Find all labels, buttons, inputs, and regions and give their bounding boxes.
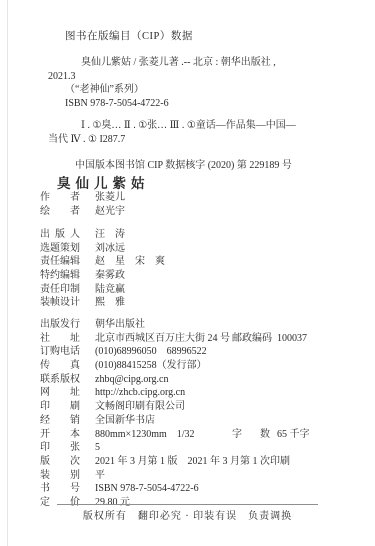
field-label: 特约编辑 [40, 269, 80, 283]
cip-number-line: 中国版本图书馆 CIP 数据核字 (2020) 第 229189 号 [75, 156, 292, 171]
field-value: zhbq@cipg.org.cn [95, 374, 168, 385]
staff-block: 出版人汪 涛 选题策划刘冰远 责任编辑赵 星 宋 爽 特约编辑秦雾政 责任印制陆… [40, 228, 165, 310]
staff-row-publisher: 出版人汪 涛 [40, 228, 165, 242]
field-label: 字数 [232, 428, 270, 442]
field-label: 绘者 [40, 205, 80, 219]
field-value: 全国新华书店 [95, 415, 155, 426]
field-label: 出版发行 [40, 318, 80, 332]
word-count-field: 字数65 千字 [232, 428, 310, 442]
cip-record-block: 臭仙儿紫姑 / 张菱儿著 .-- 北京 : 朝华出版社 , 2021.3 （“老… [48, 56, 276, 110]
cip-record-line: 2021.3 [48, 70, 276, 84]
staff-row-planning: 选题策划刘冰远 [40, 242, 165, 256]
copyright-page: 图书在版编目（CIP）数据 臭仙儿紫姑 / 张菱儿著 .-- 北京 : 朝华出版… [0, 0, 375, 546]
field-value: 赵光宇 [95, 206, 125, 217]
field-label: 责任编辑 [40, 255, 80, 269]
pub-row-format: 开本880mm×1230mm 1/32 字数65 千字 [40, 428, 290, 442]
field-label: 装帧设计 [40, 296, 80, 310]
field-label: 邮政编码 [232, 332, 270, 346]
cip-subject-line: Ⅰ . ①臭… Ⅱ . ①张… Ⅲ . ①童话—作品集—中国— [48, 119, 296, 133]
page-scan-edge [7, 0, 8, 546]
postal-code-field: 邮政编码100037 [232, 332, 307, 346]
credit-row-illustrator: 绘者赵光宇 [40, 205, 125, 219]
field-label: 责任印制 [40, 283, 80, 297]
field-label: 作者 [40, 191, 80, 205]
field-label: 印刷 [40, 400, 80, 414]
field-label: 书号 [40, 482, 80, 496]
field-value: 65 千字 [277, 429, 310, 440]
cip-record-line: （“老神仙”系列） [48, 83, 276, 97]
field-value: 平 [95, 470, 105, 481]
staff-row-designer: 装帧设计熙 雅 [40, 296, 165, 310]
cip-subject-block: Ⅰ . ①臭… Ⅱ . ①张… Ⅲ . ①童话—作品集—中国— 当代 Ⅳ . ①… [48, 119, 296, 146]
field-value: 5 [95, 442, 100, 453]
field-value: 朝华出版社 [95, 319, 145, 330]
credit-row-author: 作者张菱儿 [40, 191, 125, 205]
cip-record-line: 臭仙儿紫姑 / 张菱儿著 .-- 北京 : 朝华出版社 , [48, 56, 276, 70]
field-label: 印张 [40, 441, 80, 455]
pub-row-printer: 印刷文畅阁印刷有限公司 [40, 400, 290, 414]
field-value: (010)68996050 68996522 [95, 346, 207, 357]
pub-row-isbn: 书号ISBN 978-7-5054-4722-6 [40, 482, 290, 496]
field-value: (010)88415258（发行部） [95, 360, 207, 371]
field-label: 装别 [40, 469, 80, 483]
field-value: 秦雾政 [95, 270, 125, 281]
cip-record-line: ISBN 978-7-5054-4722-6 [48, 97, 276, 111]
pub-row-rights-email: 联系版权zhbq@cipg.org.cn [40, 373, 290, 387]
field-value: 880mm×1230mm 1/32 [95, 429, 195, 440]
field-label: 开本 [40, 428, 80, 442]
field-label: 联系版权 [40, 373, 80, 387]
staff-row-special-editor: 特约编辑秦雾政 [40, 269, 165, 283]
footer-divider [57, 504, 318, 505]
field-value: 2021 年 3 月第 1 版 2021 年 3 月第 1 次印刷 [95, 456, 290, 467]
field-value: 赵 星 宋 爽 [95, 256, 165, 267]
cip-subject-line: 当代 Ⅳ . ① I287.7 [48, 133, 296, 147]
field-value: 陆竞赢 [95, 284, 125, 295]
book-title: 臭仙儿紫姑 [57, 172, 150, 192]
pub-row-order-phone: 订购电话(010)68996050 68996522 [40, 345, 290, 359]
field-value: 熙 雅 [95, 297, 125, 308]
credits-block: 作者张菱儿 绘者赵光宇 [40, 191, 125, 218]
field-value: 100037 [277, 333, 307, 344]
cip-heading: 图书在版编目（CIP）数据 [65, 28, 193, 43]
pub-row-address: 社址北京市西城区百万庄大街 24 号 邮政编码100037 [40, 332, 290, 346]
field-label: 社址 [40, 332, 80, 346]
pub-row-sheets: 印张5 [40, 441, 290, 455]
field-label: 选题策划 [40, 242, 80, 256]
pub-row-binding: 装别平 [40, 469, 290, 483]
field-value: 汪 涛 [95, 229, 125, 240]
field-value: 刘冰远 [95, 243, 125, 254]
footer-notice: 版权所有 翻印必究 · 印装有误 负责调换 [0, 507, 375, 522]
pub-row-fax: 传真(010)88415258（发行部） [40, 359, 290, 373]
field-value: 文畅阁印刷有限公司 [95, 401, 185, 412]
pub-row-edition: 版次2021 年 3 月第 1 版 2021 年 3 月第 1 次印刷 [40, 455, 290, 469]
field-value: 北京市西城区百万庄大街 24 号 [95, 333, 230, 344]
pub-row-website: 网址http://zhcb.cipg.org.cn [40, 386, 290, 400]
field-label: 订购电话 [40, 345, 80, 359]
pub-row-distributor: 经销全国新华书店 [40, 414, 290, 428]
pub-row-publisher: 出版发行朝华出版社 [40, 318, 290, 332]
field-value: ISBN 978-7-5054-4722-6 [95, 483, 199, 494]
staff-row-print-supervisor: 责任印制陆竞赢 [40, 283, 165, 297]
field-label: 经销 [40, 414, 80, 428]
publishing-block: 出版发行朝华出版社 社址北京市西城区百万庄大街 24 号 邮政编码100037 … [40, 318, 290, 510]
field-value: 张菱儿 [95, 192, 125, 203]
field-value: http://zhcb.cipg.org.cn [95, 387, 185, 398]
field-label: 网址 [40, 386, 80, 400]
field-label: 版次 [40, 455, 80, 469]
staff-row-editor: 责任编辑赵 星 宋 爽 [40, 255, 165, 269]
field-label: 传真 [40, 359, 80, 373]
field-label: 出版人 [40, 228, 80, 242]
